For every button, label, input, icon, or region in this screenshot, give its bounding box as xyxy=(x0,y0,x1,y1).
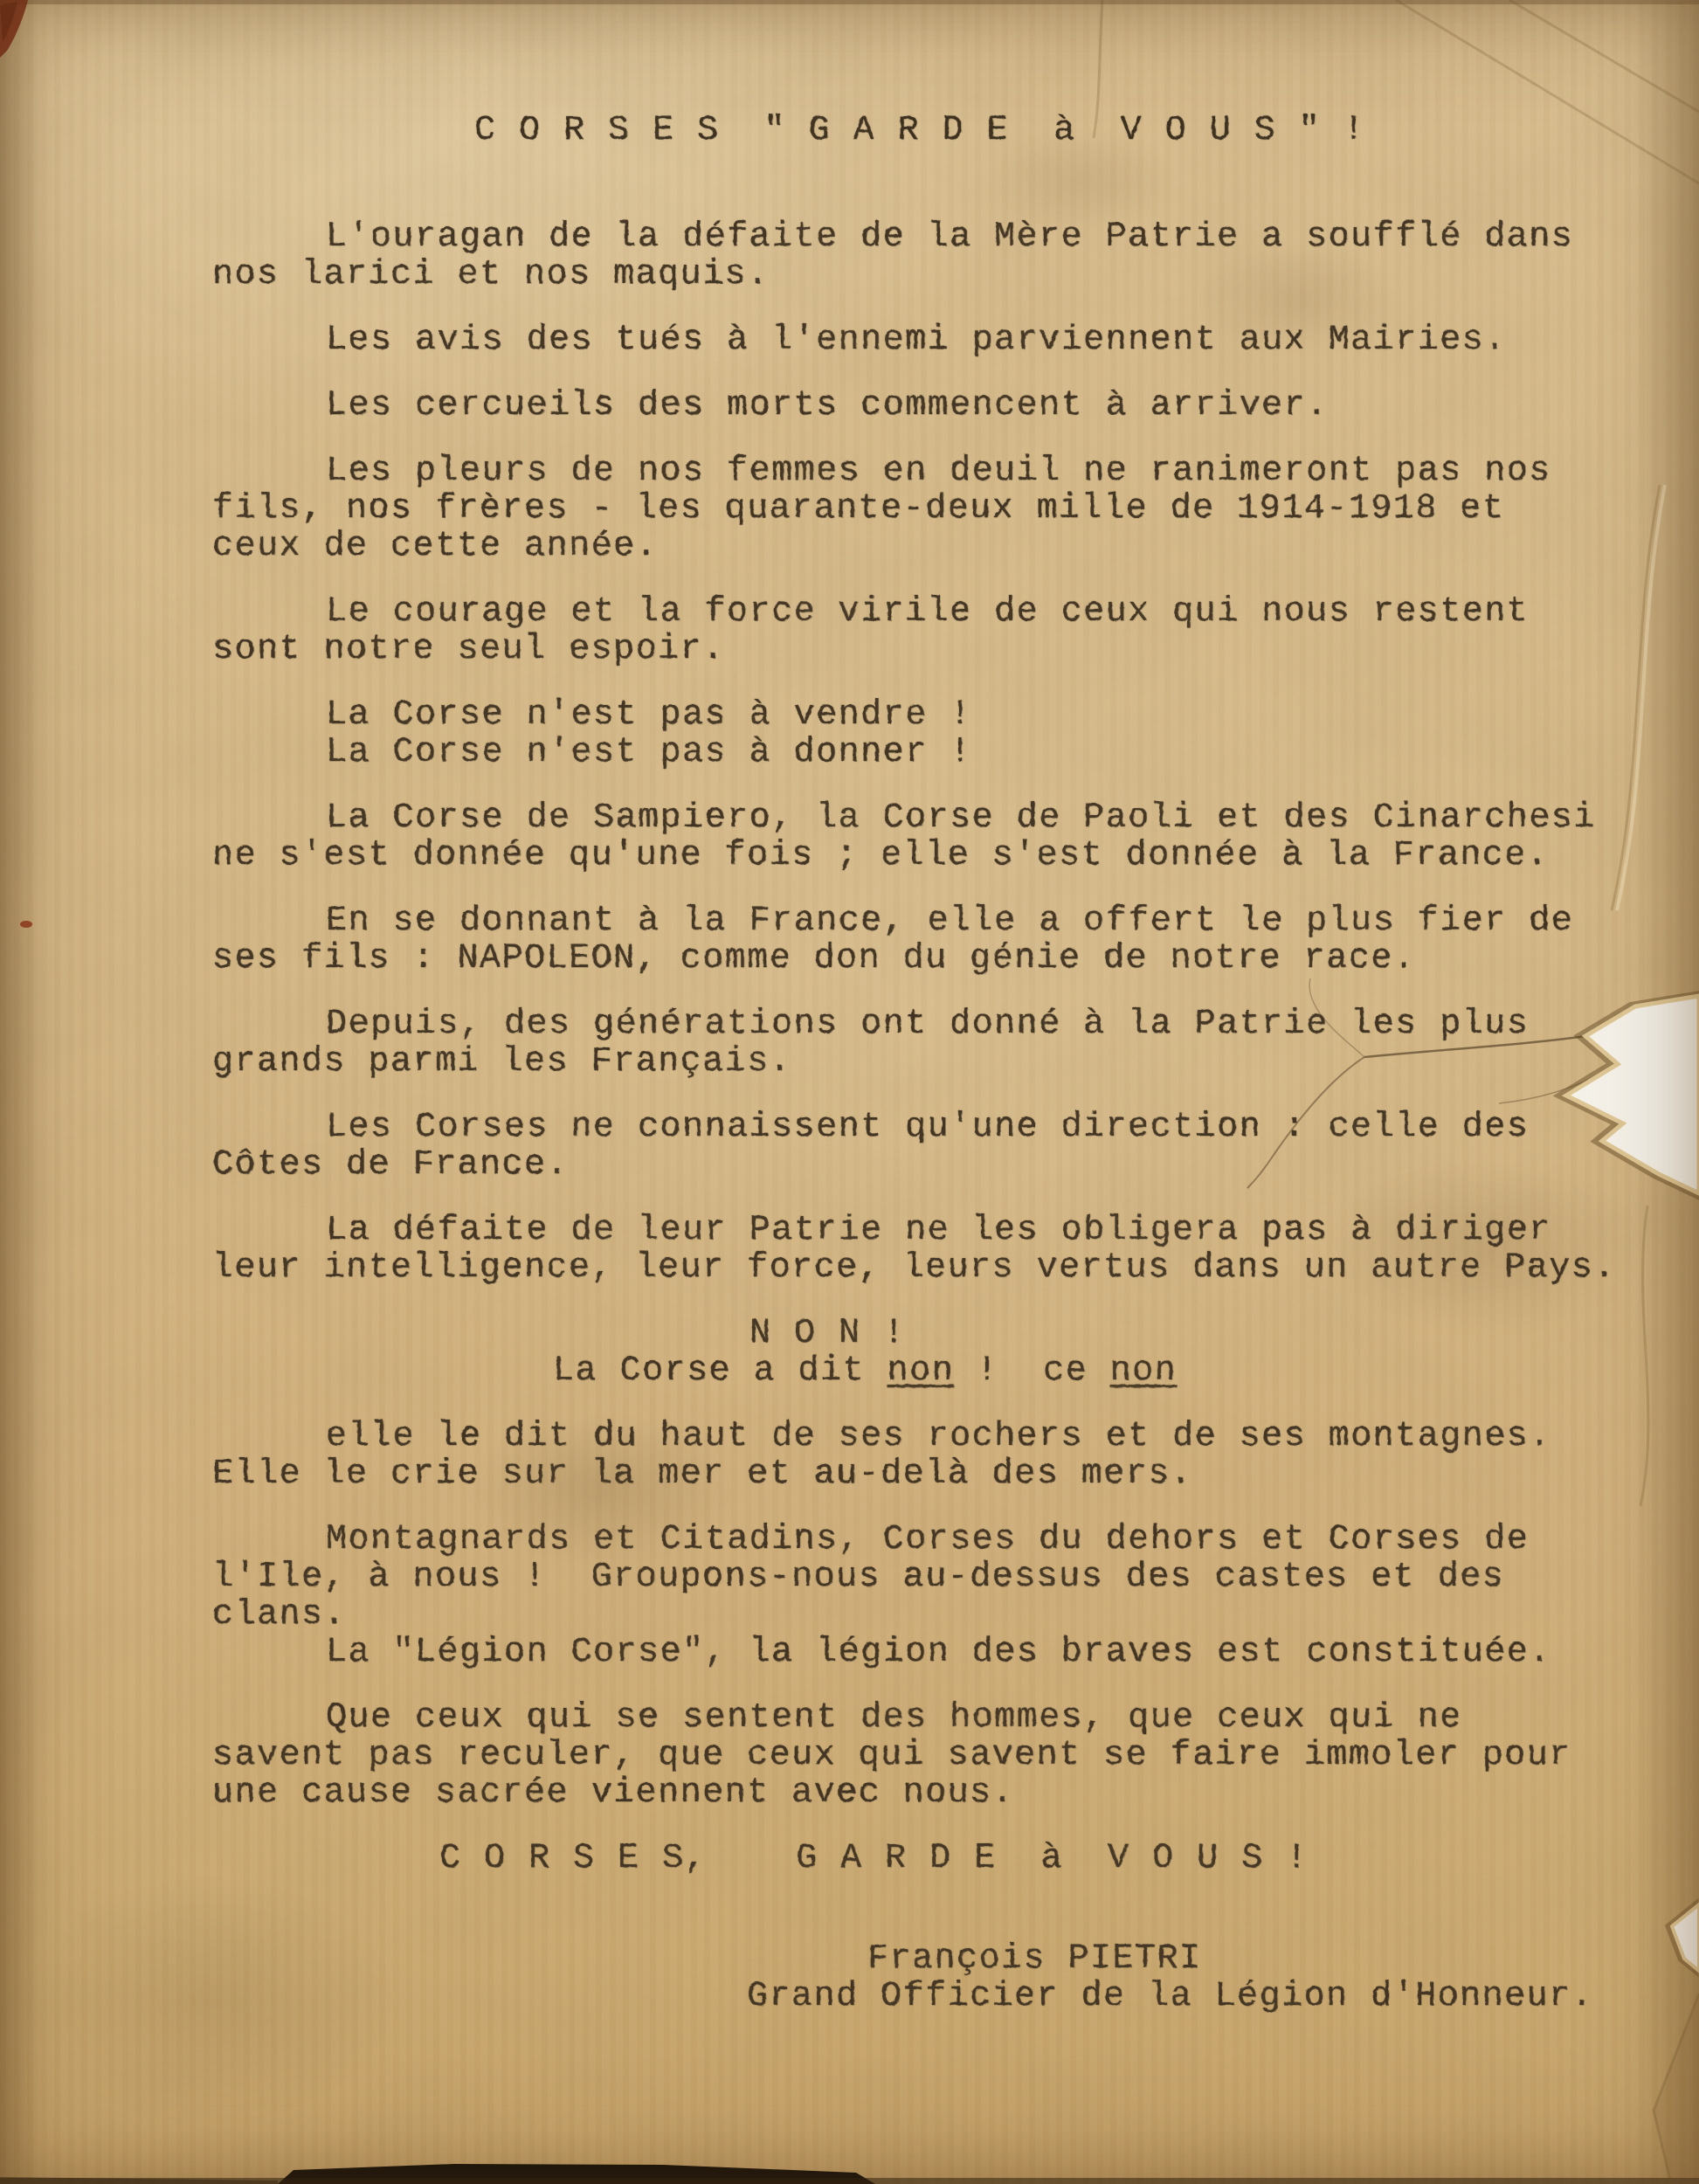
scanned-document-page: C O R S E S " G A R D E à V O U S " ! L'… xyxy=(0,0,1699,2184)
para-line: Que ceux qui se sentent des hommes, que … xyxy=(212,1699,1645,1737)
paragraph: En se donnant à la France, elle a offert… xyxy=(212,902,1645,978)
para-line: La Corse de Sampiero, la Corse de Paoli … xyxy=(212,799,1645,837)
scan-edge-bottom xyxy=(0,2178,1699,2184)
non-exclamation-line: N O N ! xyxy=(212,1315,1645,1352)
para-line: ne s'est donnée qu'une fois ; elle s'est… xyxy=(212,837,1645,874)
para-line: l'Ile, à nous ! Groupons-nous au-dessus … xyxy=(212,1559,1645,1596)
para-line: La Corse n'est pas à donner ! xyxy=(212,734,1645,771)
paragraph: Les avis des tués à l'ennemi parviennent… xyxy=(212,321,1645,359)
closing-call-line: C O R S E S, G A R D E à V O U S ! xyxy=(212,1840,1645,1877)
para-line: La "Légion Corse", la légion des braves … xyxy=(212,1634,1645,1671)
scan-edge-bottom-left xyxy=(0,2177,278,2184)
para-line: Côtes de France. xyxy=(212,1146,1645,1184)
paragraph: Le courage et la force virile de ceux qu… xyxy=(212,593,1645,668)
corner-fold xyxy=(1654,1994,1699,2184)
para-line: La Corse n'est pas à vendre ! xyxy=(212,696,1645,734)
non-block: N O N ! La Corse a dit non ! ce non xyxy=(212,1315,1645,1390)
paragraph: Les pleurs de nos femmes en deuil ne ran… xyxy=(212,453,1645,565)
para-line: sont notre seul espoir. xyxy=(212,631,1645,668)
paragraph: La "Légion Corse", la légion des braves … xyxy=(212,1634,1645,1671)
para-line: ses fils : NAPOLEON, comme don du génie … xyxy=(212,940,1645,978)
torn-nick-shadow xyxy=(1668,1904,1696,1971)
non-line-pre: La Corse a dit xyxy=(553,1351,887,1391)
paragraph: La Corse de Sampiero, la Corse de Paoli … xyxy=(212,799,1645,874)
paragraph: Montagnards et Citadins, Corses du dehor… xyxy=(212,1521,1645,1634)
underlined-non: non xyxy=(1110,1351,1178,1391)
para-line: nos larici et nos maquis. xyxy=(212,256,1645,294)
corner-fold-line xyxy=(1654,1994,1699,2184)
para-line: ceux de cette année. xyxy=(212,528,1645,565)
para-line: Montagnards et Citadins, Corses du dehor… xyxy=(212,1521,1645,1559)
corner-red-mark-inner xyxy=(0,2,17,42)
paragraph: elle le dit du haut de ses rochers et de… xyxy=(212,1418,1645,1493)
para-line: Les avis des tués à l'ennemi parviennent… xyxy=(212,321,1645,359)
para-line: Elle le crie sur la mer et au-delà des m… xyxy=(212,1455,1645,1493)
corner-red-mark xyxy=(0,0,28,58)
document-content: C O R S E S " G A R D E à V O U S " ! L'… xyxy=(212,112,1645,2015)
bottom-black-wedge xyxy=(278,2164,875,2184)
para-line: fils, nos frères - les quarante-deux mil… xyxy=(212,490,1645,528)
red-speck xyxy=(20,921,32,928)
para-line: La défaite de leur Patrie ne les obliger… xyxy=(212,1212,1645,1249)
signature-block: François PIETRI Grand Officier de la Lég… xyxy=(212,1940,1645,2015)
para-line: leur intelligence, leur force, leurs ver… xyxy=(212,1249,1645,1287)
para-line: Les cercueils des morts commencent à arr… xyxy=(212,387,1645,425)
para-line: Le courage et la force virile de ceux qu… xyxy=(212,593,1645,631)
signature-name: François PIETRI xyxy=(212,1940,1645,1978)
non-line-mid: ! ce xyxy=(954,1351,1110,1391)
para-line: L'ouragan de la défaite de la Mère Patri… xyxy=(212,218,1645,256)
para-line: Depuis, des générations ont donné à la P… xyxy=(212,1006,1645,1043)
signature-title: Grand Officier de la Légion d'Honneur. xyxy=(212,1978,1645,2015)
document-title: C O R S E S " G A R D E à V O U S " ! xyxy=(212,112,1645,149)
paragraph: La défaite de leur Patrie ne les obliger… xyxy=(212,1212,1645,1287)
para-line: elle le dit du haut de ses rochers et de… xyxy=(212,1418,1645,1455)
para-line: une cause sacrée viennent avec nous. xyxy=(212,1774,1645,1812)
paragraph: Les Corses ne connaissent qu'une directi… xyxy=(212,1109,1645,1184)
para-line: Les Corses ne connaissent qu'une directi… xyxy=(212,1109,1645,1146)
para-line: Les pleurs de nos femmes en deuil ne ran… xyxy=(212,453,1645,490)
corse-dit-non-line: La Corse a dit non ! ce non xyxy=(212,1352,1645,1390)
torn-nick-hole xyxy=(1672,1904,1699,1971)
paragraph: Depuis, des générations ont donné à la P… xyxy=(212,1006,1645,1081)
underlined-non: non xyxy=(887,1351,955,1391)
para-line: savent pas reculer, que ceux qui savent … xyxy=(212,1737,1645,1774)
para-line: grands parmi les Français. xyxy=(212,1043,1645,1081)
paragraph: La Corse n'est pas à vendre ! La Corse n… xyxy=(212,696,1645,771)
para-line: En se donnant à la France, elle a offert… xyxy=(212,902,1645,940)
scan-edge-top xyxy=(0,0,1699,4)
para-line: clans. xyxy=(212,1596,1645,1634)
paragraph: Que ceux qui se sentent des hommes, que … xyxy=(212,1699,1645,1812)
paragraph: Les cercueils des morts commencent à arr… xyxy=(212,387,1645,425)
paragraph: L'ouragan de la défaite de la Mère Patri… xyxy=(212,218,1645,294)
